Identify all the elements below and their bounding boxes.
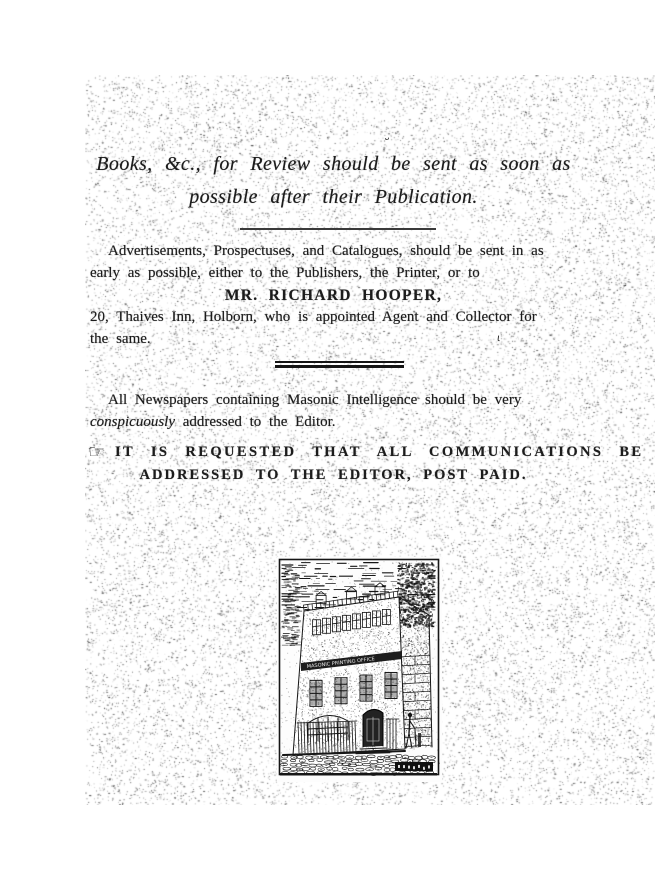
advertisement-notice-line-2: early as possible, either to the Publish… xyxy=(90,263,577,284)
scanned-document-page: ᵕ ι Books, &c., for Review should be sen… xyxy=(0,0,655,877)
building-engraving xyxy=(277,557,442,782)
request-notice-line-1: IT IS REQUESTED THAT ALL COMMUNICATIONS … xyxy=(115,442,575,463)
agent-name: MR. RICHARD HOOPER, xyxy=(90,285,577,306)
newspaper-notice-line-1: All Newspapers containing Masonic Intell… xyxy=(90,390,577,411)
review-notice-line-2: possible after their Publication. xyxy=(90,183,577,211)
advertisement-notice-line-3: 20, Thaives Inn, Holborn, who is appoint… xyxy=(90,307,577,328)
request-notice-line-2: ADDRESSED TO THE EDITOR, POST PAID. xyxy=(90,465,577,486)
review-notice-line-1: Books, &c., for Review should be sent as… xyxy=(90,150,577,178)
scan-area: ᵕ ι Books, &c., for Review should be sen… xyxy=(85,75,655,805)
printing-office-building-illustration xyxy=(277,557,442,782)
newspaper-notice-line-2-rest: addressed to the Editor. xyxy=(175,414,336,430)
newspaper-notice-line-2: conspicuously addressed to the Editor. xyxy=(90,412,577,433)
emphasized-word: conspicuously xyxy=(90,414,175,430)
double-horizontal-rule xyxy=(275,361,404,368)
advertisement-notice-line-1: Advertisements, Prospectuses, and Catalo… xyxy=(90,241,577,262)
advertisement-notice-line-4: the same. xyxy=(90,329,577,350)
manicule-pointing-hand-icon: ☞ xyxy=(88,441,105,463)
horizontal-rule xyxy=(240,228,436,230)
